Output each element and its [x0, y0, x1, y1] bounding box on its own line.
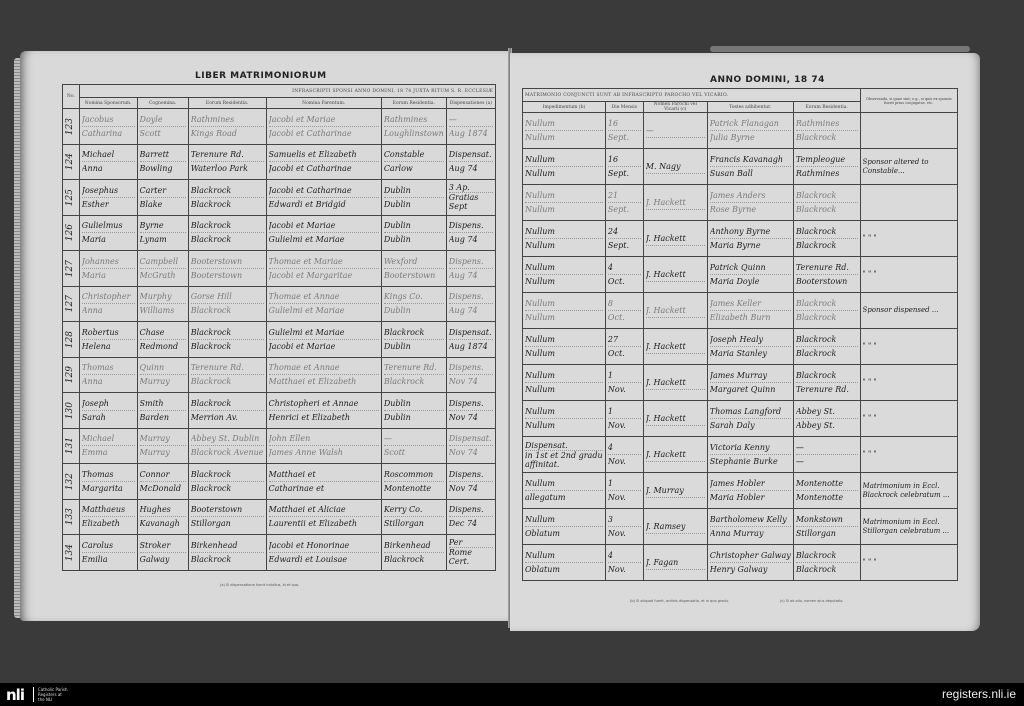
residence: BlackrockBlackrock [191, 219, 264, 246]
witnesses: Bartholomew KellyAnna Murray [710, 513, 791, 540]
surnames-cell: ConnorMcDonald [137, 464, 188, 500]
surnames-cell: ChaseRedmond [137, 322, 188, 358]
surnames: QuinnMurray [140, 361, 186, 388]
marriage-date: 27Oct. [608, 333, 641, 360]
table-row[interactable]: NullumNullum16Sept.—Patrick FlanaganJuli… [523, 113, 958, 149]
witness-residence-line: Blackrock [796, 347, 858, 360]
entry-number: 127 [63, 251, 80, 287]
observations: " " " [863, 558, 955, 567]
priest-name-cell: J. Hackett [643, 437, 707, 473]
marriage-date: 4Nov. [608, 441, 641, 468]
parents-names: Jacobi et MariaeGulielmi et Mariae [269, 219, 379, 246]
table-row[interactable]: Dispensat.in 1st et 2nd graduaffinitat.4… [523, 437, 958, 473]
surnames-line: Carter [140, 184, 186, 198]
dispensation-cell: 3 Ap.GratiasSept [446, 180, 495, 216]
witnesses: Patrick FlanaganJulia Byrne [710, 117, 791, 144]
marriage-date: 1Nov. [608, 369, 641, 396]
priest-name: J. Murray [646, 484, 705, 498]
residence-line: Blackrock [191, 184, 264, 198]
priest-name: J. Hackett [646, 196, 705, 210]
parents-names: Christopheri et AnnaeHenrici et Elizabet… [269, 397, 379, 424]
table-row[interactable]: 128RobertusHelenaChaseRedmondBlackrockBl… [63, 322, 496, 358]
witnesses: Victoria KennyStephanie Burke [710, 441, 791, 468]
col-header: Die Mensis [605, 102, 643, 113]
surnames: BarrettBowling [140, 148, 186, 175]
impediment: NullumNullum [525, 153, 603, 180]
table-row[interactable]: NullumNullum8Oct.J. HackettJames KellerE… [523, 293, 958, 329]
priest-name: J. Hackett [646, 304, 705, 318]
parents-residence-cell: ConstableCarlow [381, 144, 446, 180]
residence: BirkenheadBlackrock [191, 539, 264, 566]
table-row[interactable]: 131MichaelEmmaMurrayMurrayAbbey St. Dubl… [63, 428, 496, 464]
nli-logo[interactable]: nli [6, 686, 24, 704]
surnames-line: McGrath [140, 269, 186, 282]
witnesses-cell: Victoria KennyStephanie Burke [707, 437, 793, 473]
dispensation-cell: Dispensat.Nov 74 [446, 428, 495, 464]
marriage-date-line: Sept. [608, 203, 641, 216]
groom-bride-names: MichaelEmma [82, 432, 135, 459]
impediment-cell: Dispensat.in 1st et 2nd graduaffinitat. [523, 437, 606, 473]
groom-bride-names-line: Gulielmus [82, 219, 135, 233]
marriage-date: 24Sept. [608, 225, 641, 252]
witness-residence-cell: Terenure Rd.Booterstown [793, 257, 860, 293]
parents-residence: WexfordBooterstown [384, 255, 444, 282]
groom-bride-names: ThomasMargarita [82, 468, 135, 495]
witnesses-cell: James AndersRose Byrne [707, 185, 793, 221]
table-row[interactable]: 126GulielmusMariaByrneLynamBlackrockBlac… [63, 215, 496, 251]
residence-cell: BooterstownStillorgan [188, 499, 266, 535]
table-row[interactable]: NullumNullum21Sept.J. HackettJames Ander… [523, 185, 958, 221]
parents-residence-cell: BirkenheadBlackrock [381, 535, 446, 571]
marriage-date-cell: 1Nov. [605, 473, 643, 509]
witness-residence: BlackrockBlackrock [796, 225, 858, 252]
witness-residence: BlackrockBlackrock [796, 333, 858, 360]
witnesses: Francis KavanaghSusan Ball [710, 153, 791, 180]
priest-name: J. Hackett [646, 412, 705, 426]
witnesses-line: Julia Byrne [710, 131, 791, 144]
groom-bride-names: ThomasAnna [82, 361, 135, 388]
table-row[interactable]: NullumNullum1Nov.J. HackettThomas Langfo… [523, 401, 958, 437]
table-row[interactable]: 133MatthaeusElizabethHughesKavanaghBoote… [63, 499, 496, 535]
dispensation-line: Nov 74 [449, 375, 493, 388]
table-row[interactable]: NullumOblatum3Nov.J. RamseyBartholomew K… [523, 509, 958, 545]
dispensation-line: Nov 74 [449, 446, 493, 459]
witnesses-line: Patrick Flanagan [710, 117, 791, 131]
witness-residence-line: Abbey St. [796, 405, 858, 419]
priest-name-cell: J. Hackett [643, 185, 707, 221]
witness-residence-line: Blackrock [796, 189, 858, 203]
dispensation-line: Dispensat. [449, 148, 493, 162]
dispensation-line: Dispens. [449, 255, 493, 269]
witnesses-line: James Hobler [710, 477, 791, 491]
witnesses-cell: James MurrayMargaret Quinn [707, 365, 793, 401]
witnesses-line: Anna Murray [710, 527, 791, 540]
col-header: No. [63, 85, 80, 109]
entry-number: 129 [63, 357, 80, 393]
impediment-cell: NullumNullum [523, 401, 606, 437]
observations-cell [860, 185, 957, 221]
witness-residence-line: Blackrock [796, 563, 858, 576]
witness-residence: BlackrockBlackrock [796, 189, 858, 216]
parents-names-cell: Matthaei etCatharinae et [266, 464, 381, 500]
parents-residence-line: Blackrock [384, 553, 444, 566]
marriage-date-line: 27 [608, 333, 641, 347]
surnames-line: Galway [140, 553, 186, 566]
witnesses: James KellerElizabeth Burn [710, 297, 791, 324]
dispensation-cell: Dispens.Aug 74 [446, 215, 495, 251]
table-row[interactable]: 127JohannesMariaCampbellMcGrathBootersto… [63, 251, 496, 287]
table-row[interactable]: NullumNullum4Oct.J. HackettPatrick Quinn… [523, 257, 958, 293]
witness-residence-line: Monkstown [796, 513, 858, 527]
groom-bride-names-line: Margarita [82, 482, 135, 495]
impediment: NullumNullum [525, 369, 603, 396]
entry-number: 132 [63, 464, 80, 500]
parents-residence-cell: —Scott [381, 428, 446, 464]
surnames-line: Murray [140, 432, 186, 446]
groom-bride-names-line: Matthaeus [82, 503, 135, 517]
residence: RathminesKings Road [191, 113, 264, 140]
viewer-footer: nli Catholic Parish Registers at the NLI… [0, 683, 1024, 706]
priest-name-line: J. Hackett [646, 340, 705, 354]
impediment-line: Nullum [525, 275, 603, 288]
impediment: NullumNullum [525, 225, 603, 252]
observations-cell: " " " [860, 221, 957, 257]
impediment-cell: NullumNullum [523, 149, 606, 185]
impediment-line: Nullum [525, 477, 603, 491]
parents-names-line: Jacobi et Catharinae [269, 162, 379, 175]
table-row[interactable]: NullumNullum27Oct.J. HackettJoseph Healy… [523, 329, 958, 365]
residence: Abbey St. DublinBlackrock Avenue [191, 432, 264, 459]
groom-bride-names-cell: JohannesMaria [79, 251, 137, 287]
impediment-line: Nullum [525, 261, 603, 275]
residence-cell: Gorse HillBlackrock [188, 286, 266, 322]
groom-bride-names-line: Christopher [82, 290, 135, 304]
impediment-cell: NullumOblatum [523, 545, 606, 581]
priest-name: M. Nagy [646, 160, 705, 174]
parents-residence: DublinDublin [384, 397, 444, 424]
parents-residence-line: Birkenhead [384, 539, 444, 553]
parents-names-line: Thomae et Annae [269, 290, 379, 304]
parents-names-line: John Ellen [269, 432, 379, 446]
priest-name-line: J. Murray [646, 484, 705, 498]
witnesses-line: Maria Byrne [710, 239, 791, 252]
witness-residence-line: Blackrock [796, 297, 858, 311]
marriage-date-cell: 1Nov. [605, 401, 643, 437]
dispensation-line: Per [449, 538, 493, 548]
groom-bride-names-line: Thomas [82, 468, 135, 482]
dispensation-line: Aug 1874 [449, 127, 493, 140]
parents-residence-cell: BlackrockDublin [381, 322, 446, 358]
parents-names-cell: Thomae et MariaeJacobi et Margaritae [266, 251, 381, 287]
surnames-line: Blake [140, 198, 186, 211]
parents-names-line: Gulielmi et Mariae [269, 326, 379, 340]
dispensation: Dispensat.Nov 74 [449, 432, 493, 459]
image-viewer: LIBER MATRIMONIORUM No.INFRASCRIPTI SPON… [0, 0, 1024, 683]
impediment-cell: NullumNullum [523, 221, 606, 257]
witnesses-line: Elizabeth Burn [710, 311, 791, 324]
parents-residence-line: Dublin [384, 304, 444, 317]
residence-line: Rathmines [191, 113, 264, 127]
impediment-cell: NullumNullum [523, 113, 606, 149]
dispensation: Dispens.Dec 74 [449, 503, 493, 530]
marriage-date-cell: 16Sept. [605, 149, 643, 185]
col-header: Dispensationes (a) [446, 98, 495, 109]
groom-bride-names-line: Elizabeth [82, 517, 135, 530]
groom-bride-names: JacobusCatharina [82, 113, 135, 140]
residence-line: Blackrock [191, 233, 264, 246]
groom-bride-names: GulielmusMaria [82, 219, 135, 246]
surnames-line: Kavanagh [140, 517, 186, 530]
witness-residence-line: Blackrock [796, 239, 858, 252]
col-header: Nomina Parentum. [266, 98, 381, 109]
dispensation: —Aug 1874 [449, 113, 493, 140]
priest-name-line: J. Fagan [646, 556, 705, 570]
witness-residence-line: — [796, 441, 858, 455]
groom-bride-names-line: Anna [82, 162, 135, 175]
groom-bride-names-line: Michael [82, 432, 135, 446]
table-row[interactable]: NullumNullum16Sept.M. NagyFrancis Kavana… [523, 149, 958, 185]
col-header: Eorum Residentia. [381, 98, 446, 109]
marriage-date-line: Nov. [608, 419, 641, 432]
residence-line: Merrion Av. [191, 411, 264, 424]
impediment-line: Nullum [525, 189, 603, 203]
groom-bride-names-line: Carolus [82, 539, 135, 553]
witnesses-line: Rose Byrne [710, 203, 791, 216]
witnesses: Anthony ByrneMaria Byrne [710, 225, 791, 252]
witnesses-cell: Bartholomew KellyAnna Murray [707, 509, 793, 545]
parents-names-cell: Matthaei et AliciaeLaurentii et Elizabet… [266, 499, 381, 535]
surnames: DoyleScott [140, 113, 186, 140]
surnames: MurphyWilliams [140, 290, 186, 317]
groom-bride-names-line: Thomas [82, 361, 135, 375]
impediment-cell: Nullumallegatum [523, 473, 606, 509]
residence: Terenure Rd.Blackrock [191, 361, 264, 388]
witness-residence-line: Abbey St. [796, 419, 858, 432]
parents-residence: RoscommonMontenotte [384, 468, 444, 495]
witness-residence-line: Rathmines [796, 117, 858, 131]
table-row[interactable]: 134CarolusEmiliaStrokerGalwayBirkenheadB… [63, 535, 496, 571]
right-page-title: ANNO DOMINI, 18 74 [710, 75, 825, 85]
groom-bride-names-cell: CarolusEmilia [79, 535, 137, 571]
priest-name-cell: M. Nagy [643, 149, 707, 185]
observations: " " " [863, 234, 955, 243]
priest-name-cell: J. Hackett [643, 401, 707, 437]
impediment: NullumOblatum [525, 549, 603, 576]
groom-bride-names: RobertusHelena [82, 326, 135, 353]
dispensation-line: Aug 74 [449, 269, 493, 282]
table-row[interactable]: 127ChristopherAnnaMurphyWilliamsGorse Hi… [63, 286, 496, 322]
parents-names-line: Jacobi et Honorinae [269, 539, 379, 553]
priest-name-line: J. Hackett [646, 232, 705, 246]
surnames-line: Smith [140, 397, 186, 411]
surnames-cell: MurphyWilliams [137, 286, 188, 322]
parents-residence: —Scott [384, 432, 444, 459]
impediment-line: Nullum [525, 117, 603, 131]
surnames-line: Doyle [140, 113, 186, 127]
marriage-date: 16Sept. [608, 117, 641, 144]
logo-divider [33, 687, 34, 702]
parents-residence-line: Loughlinstown [384, 127, 444, 140]
surnames-cell: SmithBarden [137, 393, 188, 429]
marriage-date-line: 16 [608, 117, 641, 131]
surnames-line: Byrne [140, 219, 186, 233]
right-subtitle: MATRIMONIO CONJUNCTI SUNT AB INFRASCRIPT… [523, 89, 861, 102]
col-header: Impedimentum (b) [523, 102, 606, 113]
groom-bride-names-cell: JosephSarah [79, 393, 137, 429]
marriage-date-line: 4 [608, 261, 641, 275]
entry-number: 134 [63, 535, 80, 571]
table-row[interactable]: 129ThomasAnnaQuinnMurrayTerenure Rd.Blac… [63, 357, 496, 393]
groom-bride-names-cell: JosephusEsther [79, 180, 137, 216]
surnames-line: Connor [140, 468, 186, 482]
parents-residence: BlackrockDublin [384, 326, 444, 353]
marriage-date-line: 1 [608, 477, 641, 491]
residence: BlackrockBlackrock [191, 468, 264, 495]
parents-names-line: Jacobi et Mariae [269, 340, 379, 353]
impediment-line: Oblatum [525, 527, 603, 540]
observations: " " " [863, 414, 955, 423]
residence-cell: RathminesKings Road [188, 109, 266, 145]
left-footnote: (a) Si dispensatione fuerit indultus, id… [220, 583, 299, 587]
residence-cell: BlackrockBlackrock [188, 215, 266, 251]
priest-name-line: J. Hackett [646, 196, 705, 210]
parents-residence-line: Dublin [384, 219, 444, 233]
impediment-cell: NullumNullum [523, 365, 606, 401]
witness-residence-line: — [796, 455, 858, 468]
entry-number: 127 [63, 286, 80, 322]
marriage-date: 8Oct. [608, 297, 641, 324]
witness-residence-line: Blackrock [796, 549, 858, 563]
witnesses-line: Patrick Quinn [710, 261, 791, 275]
dispensation-line: Aug 74 [449, 233, 493, 246]
table-row[interactable]: 125JosephusEstherCarterBlakeBlackrockBla… [63, 180, 496, 216]
parents-names-cell: Thomae et AnnaeGulielmi et Mariae [266, 286, 381, 322]
surnames-line: Scott [140, 127, 186, 140]
entry-number: 125 [63, 180, 80, 216]
table-row[interactable]: 130JosephSarahSmithBardenBlackrockMerrio… [63, 393, 496, 429]
marriage-date-cell: 16Sept. [605, 113, 643, 149]
priest-name-cell: J. Fagan [643, 545, 707, 581]
groom-bride-names-line: Maria [82, 269, 135, 282]
groom-bride-names: CarolusEmilia [82, 539, 135, 566]
parents-names-cell: Christopheri et AnnaeHenrici et Elizabet… [266, 393, 381, 429]
parents-residence-cell: DublinDublin [381, 393, 446, 429]
marriage-date-line: Oct. [608, 311, 641, 324]
entry-number: 130 [63, 393, 80, 429]
left-page: LIBER MATRIMONIORUM No.INFRASCRIPTI SPON… [20, 51, 510, 621]
residence: BlackrockBlackrock [191, 326, 264, 353]
parents-names-line: Matthaei et [269, 468, 379, 482]
register-book: LIBER MATRIMONIORUM No.INFRASCRIPTI SPON… [20, 48, 980, 633]
residence-cell: BlackrockBlackrock [188, 464, 266, 500]
witnesses-cell: James HoblerMaria Hobler [707, 473, 793, 509]
witness-residence: Abbey St.Abbey St. [796, 405, 858, 432]
table-row[interactable]: NullumNullum1Nov.J. HackettJames MurrayM… [523, 365, 958, 401]
table-row[interactable]: Nullumallegatum1Nov.J. MurrayJames Hoble… [523, 473, 958, 509]
surnames: ChaseRedmond [140, 326, 186, 353]
witness-residence-line: Blackrock [796, 225, 858, 239]
table-row[interactable]: 124MichaelAnnaBarrettBowlingTerenure Rd.… [63, 144, 496, 180]
priest-name-line: J. Hackett [646, 304, 705, 318]
table-row[interactable]: NullumOblatum4Nov.J. FaganChristopher Ga… [523, 545, 958, 581]
dispensation-line: Dispens. [449, 503, 493, 517]
parents-residence-line: Montenotte [384, 482, 444, 495]
groom-bride-names-cell: MichaelAnna [79, 144, 137, 180]
residence-line: Blackrock [191, 468, 264, 482]
table-row[interactable]: 132ThomasMargaritaConnorMcDonaldBlackroc… [63, 464, 496, 500]
dispensation-line: Dispens. [449, 361, 493, 375]
entry-number: 126 [63, 215, 80, 251]
witness-residence-line: Rathmines [796, 167, 858, 180]
entry-number: 128 [63, 322, 80, 358]
logo-caption: Catholic Parish Registers at the NLI [38, 687, 68, 702]
marriage-date: 4Oct. [608, 261, 641, 288]
parents-residence-line: Blackrock [384, 326, 444, 340]
priest-name-cell: J. Ramsey [643, 509, 707, 545]
parents-residence-cell: DublinDublin [381, 215, 446, 251]
parents-residence-cell: Kerry Co.Stillorgan [381, 499, 446, 535]
residence-line: Booterstown [191, 503, 264, 517]
dispensation-line: Rome [449, 548, 493, 557]
parents-names: Jacobi et MariaeJacobi et Catharinae [269, 113, 379, 140]
dispensation: Dispensat.Aug 1874 [449, 326, 493, 353]
site-link[interactable]: registers.nli.ie [942, 687, 1016, 701]
witness-residence-line: Terenure Rd. [796, 261, 858, 275]
marriage-date-line: Oct. [608, 347, 641, 360]
witnesses: James AndersRose Byrne [710, 189, 791, 216]
table-row[interactable]: NullumNullum24Sept.J. HackettAnthony Byr… [523, 221, 958, 257]
col-header: Eorum Residentia. [188, 98, 266, 109]
dispensation-cell: Dispens.Aug 74 [446, 286, 495, 322]
dispensation-line: Nov 74 [449, 482, 493, 495]
witness-residence-line: Stillorgan [796, 527, 858, 540]
witnesses-line: Anthony Byrne [710, 225, 791, 239]
parents-residence-line: Carlow [384, 162, 444, 175]
witness-residence: —— [796, 441, 858, 468]
dispensation-line: Dec 74 [449, 517, 493, 530]
table-row[interactable]: 123JacobusCatharinaDoyleScottRathminesKi… [63, 109, 496, 145]
witnesses-line: James Anders [710, 189, 791, 203]
marriage-date-line: Nov. [608, 491, 641, 504]
parents-residence-cell: Terenure Rd.Blackrock [381, 357, 446, 393]
parents-names-line: Thomae et Mariae [269, 255, 379, 269]
impediment: NullumNullum [525, 189, 603, 216]
surnames: StrokerGalway [140, 539, 186, 566]
witnesses-line: Maria Doyle [710, 275, 791, 288]
residence-line: Blackrock [191, 219, 264, 233]
priest-name-cell: J. Murray [643, 473, 707, 509]
dispensation-line: Dispens. [449, 397, 493, 411]
marriage-date-line: Sept. [608, 131, 641, 144]
witness-residence-line: Montenotte [796, 477, 858, 491]
residence: BlackrockBlackrock [191, 184, 264, 211]
impediment: NullumOblatum [525, 513, 603, 540]
witness-residence: BlackrockTerenure Rd. [796, 369, 858, 396]
witness-residence-line: Blackrock [796, 311, 858, 324]
witnesses-line: Maria Hobler [710, 491, 791, 504]
surnames: HughesKavanagh [140, 503, 186, 530]
groom-bride-names-line: Michael [82, 148, 135, 162]
witnesses: James MurrayMargaret Quinn [710, 369, 791, 396]
witnesses-line: Christopher Galway [710, 549, 791, 563]
impediment-cell: NullumNullum [523, 329, 606, 365]
residence: Gorse HillBlackrock [191, 290, 264, 317]
surnames-line: Chase [140, 326, 186, 340]
surnames-line: Murphy [140, 290, 186, 304]
parents-names-cell: Gulielmi et MariaeJacobi et Mariae [266, 322, 381, 358]
groom-bride-names-line: Anna [82, 375, 135, 388]
parents-names-line: Matthaei et Aliciae [269, 503, 379, 517]
